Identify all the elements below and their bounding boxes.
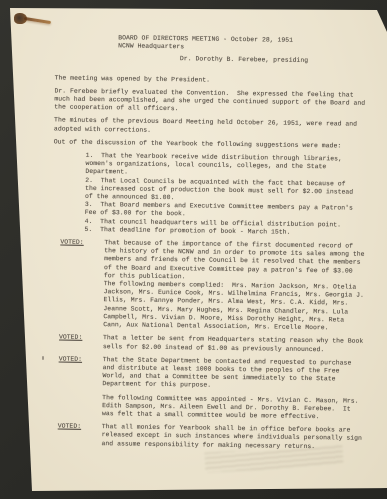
minutes-paragraph: The minutes of the previous Board Meetin… bbox=[54, 117, 370, 138]
paper-sheet: BOARD OF DIRECTORS MEETING - October 28,… bbox=[0, 0, 387, 499]
voted-label: VOTED: bbox=[58, 423, 102, 448]
yearbook-intro-paragraph: Out of the discussion of the Yearbook th… bbox=[54, 138, 370, 151]
voted-block: VOTED: That the State Department be cont… bbox=[50, 355, 367, 422]
voted-text-group: That all monies for Yearbook shall be in… bbox=[102, 423, 366, 451]
document-content: BOARD OF DIRECTORS MEETING - October 28,… bbox=[49, 33, 371, 456]
voted-label: VOTED: bbox=[59, 334, 103, 351]
voted-block: VOTED: That because of the importance of… bbox=[51, 238, 368, 333]
voted-followup: The following Committee was appointed - … bbox=[102, 394, 366, 422]
voted-text-group: That a letter be sent from Headquarters … bbox=[103, 334, 367, 354]
voted-block: VOTED: That a letter be sent from Headqu… bbox=[51, 334, 367, 355]
list-item: 1. That the Yearbook receive wide distri… bbox=[85, 152, 357, 180]
rust-stain bbox=[13, 12, 53, 30]
voted-text: That because of the importance of the fi… bbox=[104, 239, 369, 284]
voted-text-group: That because of the importance of the fi… bbox=[103, 239, 368, 333]
voted-text: That all monies for Yearbook shall be in… bbox=[102, 423, 366, 451]
voted-label: VOTED: bbox=[58, 355, 103, 418]
scanned-document: BOARD OF DIRECTORS MEETING - October 28,… bbox=[0, 0, 387, 499]
presiding-line: Dr. Dorothy B. Ferebee, presiding bbox=[180, 56, 371, 67]
stray-ink-mark bbox=[42, 356, 44, 360]
suggestion-list: 1. That the Yearbook receive wide distri… bbox=[52, 151, 369, 237]
voted-text-group: That the State Department be contacted a… bbox=[102, 356, 367, 422]
voted-text: That the State Department be contacted a… bbox=[102, 356, 366, 392]
voted-followup: The following members complied: Mrs. Mar… bbox=[103, 280, 368, 333]
rust-stain-streak bbox=[24, 17, 51, 24]
voted-text: That a letter be sent from Headquarters … bbox=[103, 334, 367, 354]
evaluation-paragraph: Dr. Ferebee briefly evaluated the Conven… bbox=[54, 87, 370, 116]
opening-paragraph: The meeting was opened by the President. bbox=[55, 74, 371, 87]
voted-block: VOTED: That all monies for Yearbook shal… bbox=[50, 423, 366, 452]
voted-label: VOTED: bbox=[59, 239, 104, 330]
